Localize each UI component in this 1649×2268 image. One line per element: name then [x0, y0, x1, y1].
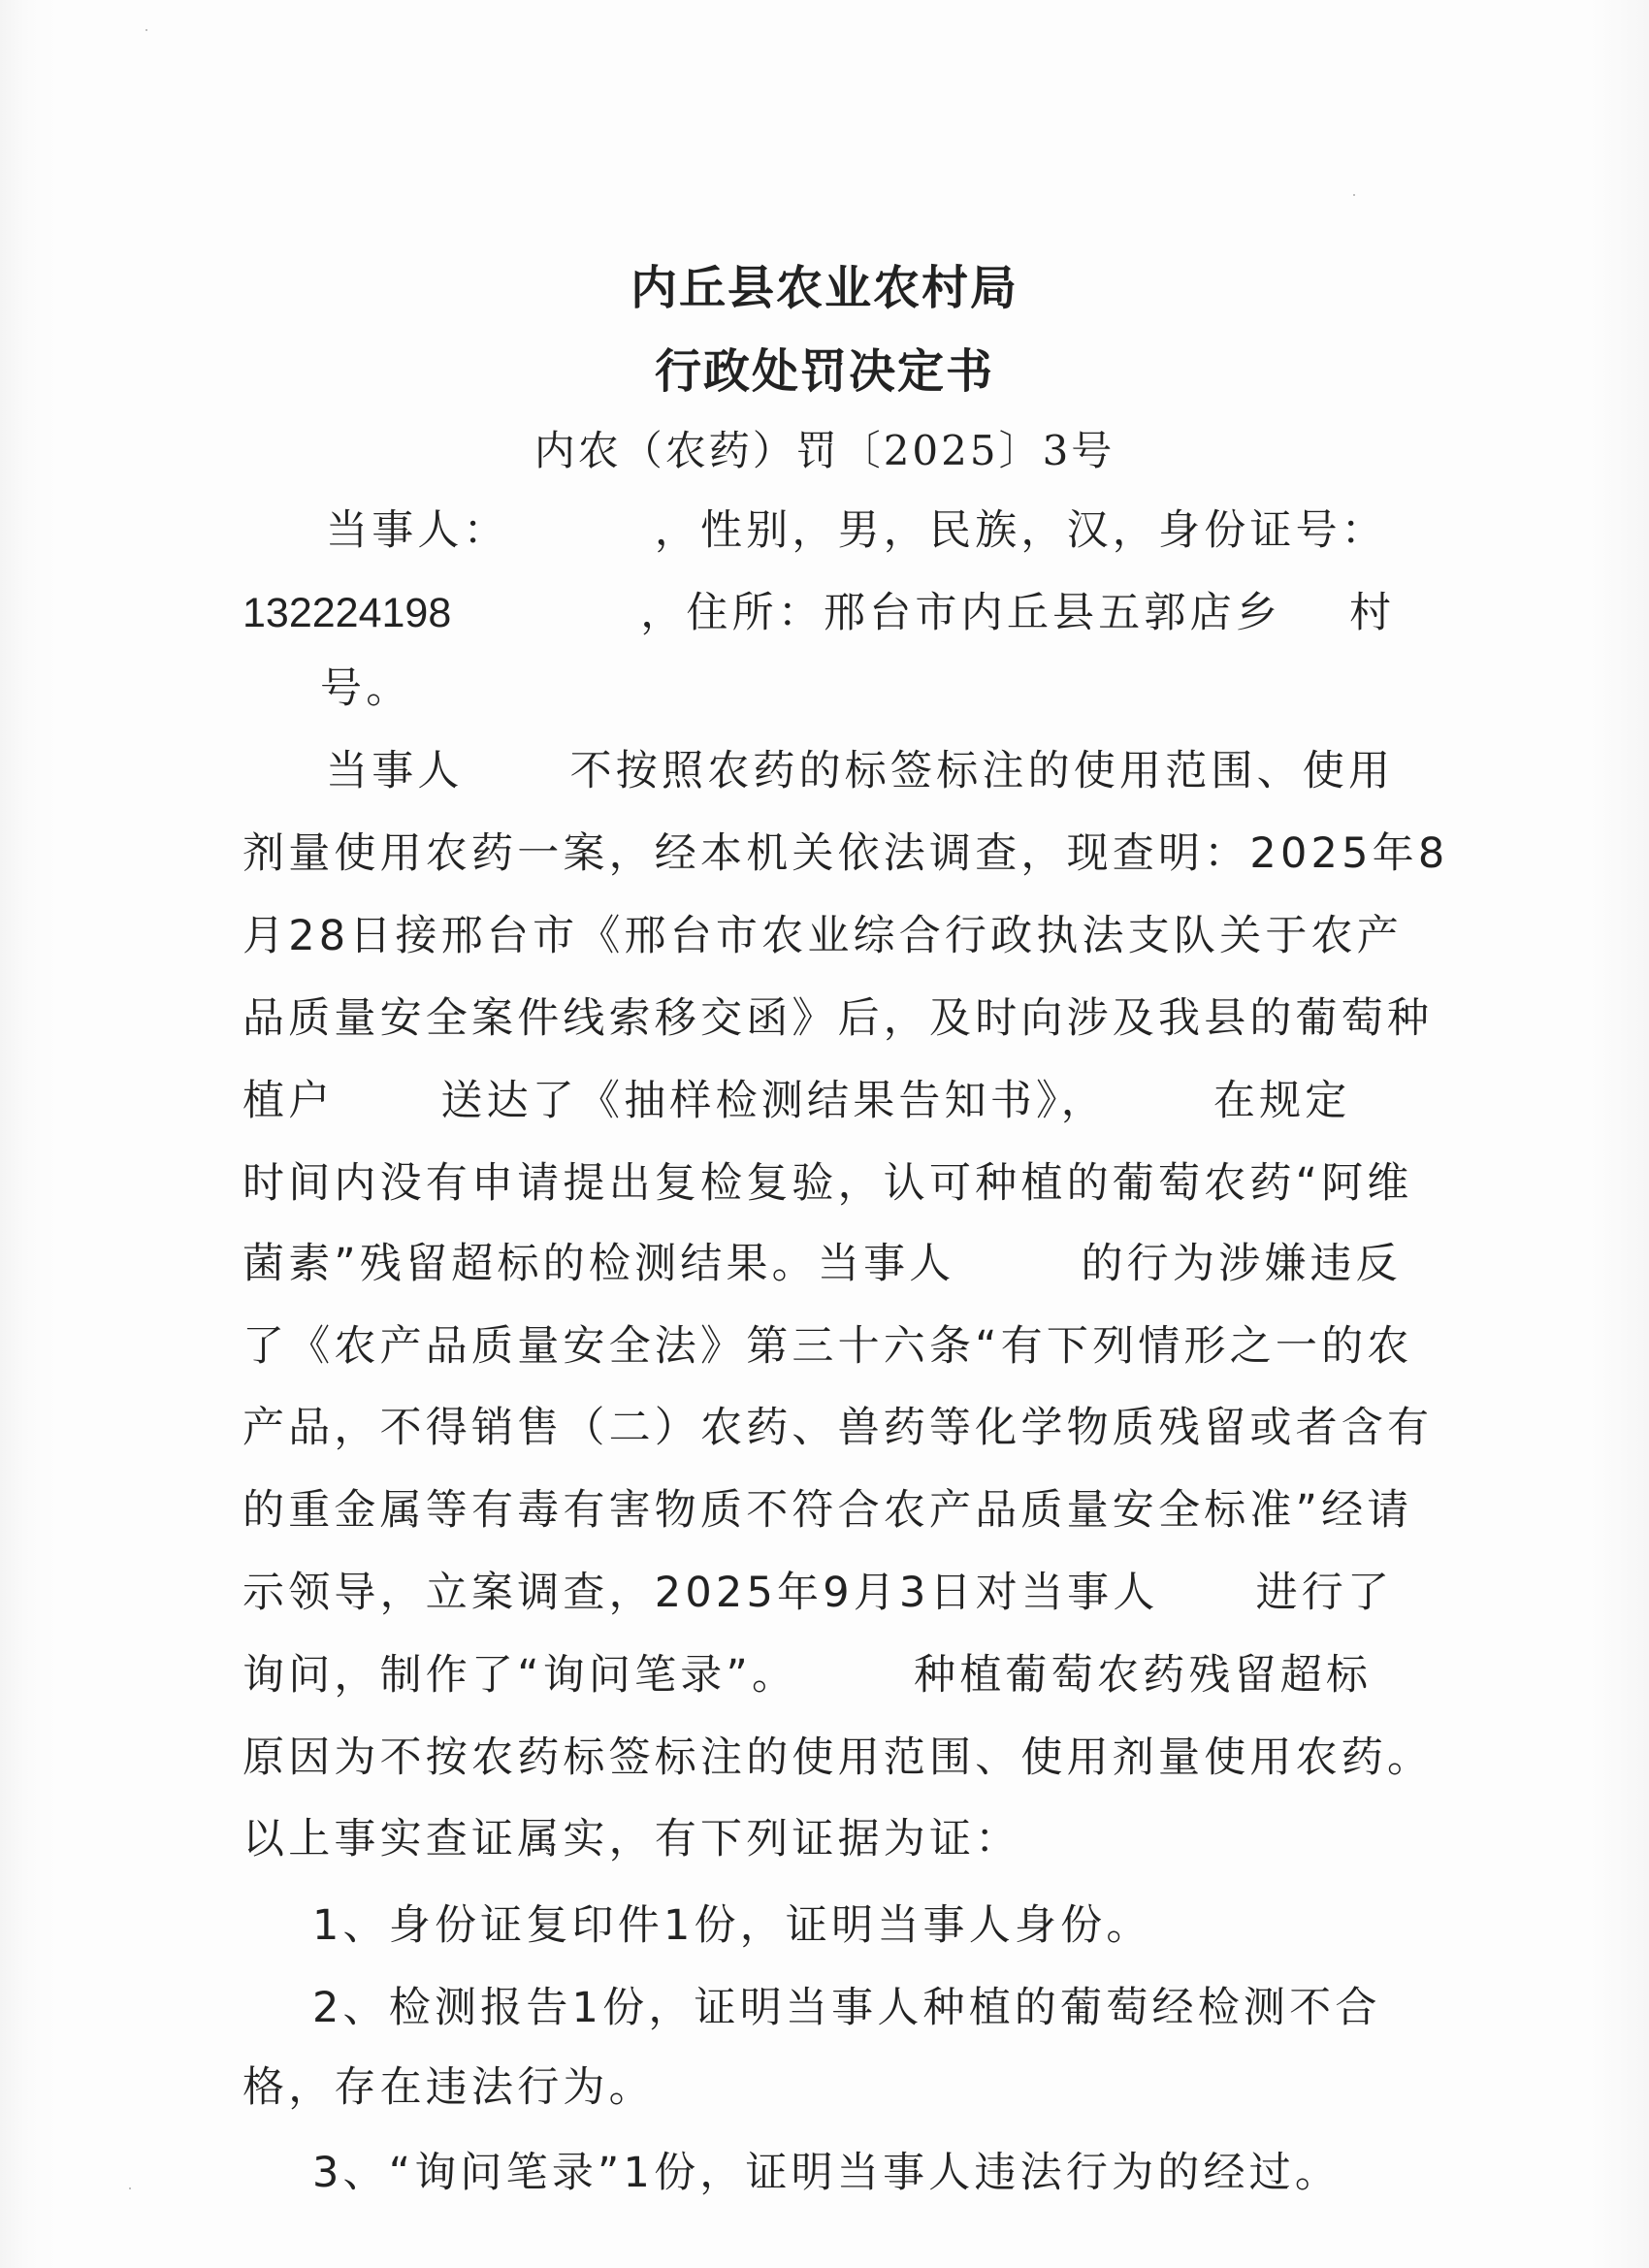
- facts-text: 当事人: [326, 747, 464, 795]
- redacted-name: [954, 1247, 1081, 1286]
- redacted-name: [1159, 1576, 1256, 1615]
- evidence-item-2: 2、检测报告1份，证明当事人种植的葡萄经检测不合: [312, 1979, 1397, 2037]
- scanned-page: 内丘县农业农村局 行政处罚决定书 内农（农药）罚〔2025〕3号 当事人：，性别…: [0, 0, 1649, 2268]
- redacted-id-number: [451, 597, 640, 635]
- facts-line-7: 菌素”残留超标的检测结果。当事人的行为涉嫌违反: [242, 1235, 1397, 1293]
- redacted-name: [509, 514, 655, 553]
- facts-line-9: 产品，不得销售（二）农药、兽药等化学物质残留或者含有: [242, 1399, 1397, 1457]
- party-label: 当事人：: [326, 506, 509, 555]
- scan-speck: [129, 2187, 131, 2189]
- facts-line-11: 示领导，立案调查，2025年9月3日对当事人进行了: [242, 1564, 1397, 1622]
- facts-line-4: 品质量安全案件线索移交函》后，及时向涉及我县的葡萄种: [242, 989, 1397, 1048]
- document-type-title: 行政处罚决定书: [0, 334, 1649, 401]
- redacted-name: [334, 1085, 440, 1123]
- evidence-item-1: 1、身份证复印件1份，证明当事人身份。: [312, 1896, 1397, 1955]
- party-info-line-2: 132224198，住所：邢台市内丘县五郭店乡村: [242, 584, 1397, 642]
- redacted-name: [464, 755, 570, 794]
- facts-line-2: 剂量使用农药一案，经本机关依法调查，现查明：2025年8: [242, 825, 1397, 883]
- document-number: 内农（农药）罚〔2025〕3号: [0, 419, 1649, 477]
- village-suffix: 村: [1349, 589, 1395, 637]
- id-number-visible: 132224198: [242, 590, 451, 636]
- facts-line-10: 的重金属等有毒有害物质不符合农产品质量安全标准”经请: [242, 1481, 1397, 1539]
- organization-title: 内丘县农业农村局: [0, 250, 1649, 317]
- facts-text: 的行为涉嫌违反: [1081, 1240, 1401, 1288]
- party-demographics: ，性别，男，民族，汉，身份证号：: [655, 506, 1387, 555]
- facts-line-12: 询问，制作了“询问笔录”。种植葡萄农药残留超标: [242, 1646, 1397, 1704]
- party-info-line-3: 号。: [242, 660, 1397, 718]
- party-info-line-1: 当事人：，性别，男，民族，汉，身份证号：: [326, 502, 1397, 560]
- facts-line-5: 植户送达了《抽样检测结果告知书》，在规定: [242, 1072, 1397, 1130]
- facts-line-3: 月28日接邢台市《邢台市农业综合行政执法支队关于农产: [242, 907, 1397, 965]
- facts-text: 在规定: [1213, 1077, 1351, 1125]
- facts-text: 种植葡萄农药残留超标: [914, 1651, 1372, 1700]
- evidence-item-3: 3、“询问笔录”1份，证明当事人违法行为的经过。: [312, 2144, 1397, 2202]
- redacted-name: [797, 1659, 914, 1698]
- facts-line-14: 以上事实查证属实，有下列证据为证：: [242, 1810, 1397, 1868]
- redacted-name: [1107, 1085, 1213, 1123]
- scan-speck: [1353, 194, 1355, 196]
- evidence-item-2-continued: 格，存在违法行为。: [242, 2058, 1397, 2117]
- house-number-suffix: 号。: [320, 664, 411, 713]
- facts-line-8: 了《农产品质量安全法》第三十六条“有下列情形之一的农: [242, 1317, 1397, 1376]
- facts-text: 示领导，立案调查，2025年9月3日对当事人: [242, 1569, 1159, 1617]
- facts-text: 菌素”残留超标的检测结果。当事人: [242, 1240, 954, 1288]
- facts-text: 进行了: [1256, 1569, 1394, 1617]
- address-prefix: ，住所：邢台市内丘县五郭店乡: [640, 589, 1281, 637]
- facts-line-13: 原因为不按农药标签标注的使用范围、使用剂量使用农药。: [242, 1729, 1397, 1787]
- redacted-house-number: [242, 672, 320, 711]
- facts-line-1: 当事人不按照农药的标签标注的使用范围、使用: [326, 742, 1397, 800]
- facts-text: 不按照农药的标签标注的使用范围、使用: [570, 747, 1395, 795]
- facts-text: 询问，制作了“询问笔录”。: [242, 1651, 797, 1700]
- facts-text: 植户: [242, 1077, 334, 1125]
- facts-text: 送达了《抽样检测结果告知书》，: [440, 1077, 1107, 1125]
- redacted-village: [1281, 597, 1349, 635]
- facts-line-6: 时间内没有申请提出复检复验，认可种植的葡萄农药“阿维: [242, 1154, 1397, 1213]
- scan-speck: [145, 29, 147, 31]
